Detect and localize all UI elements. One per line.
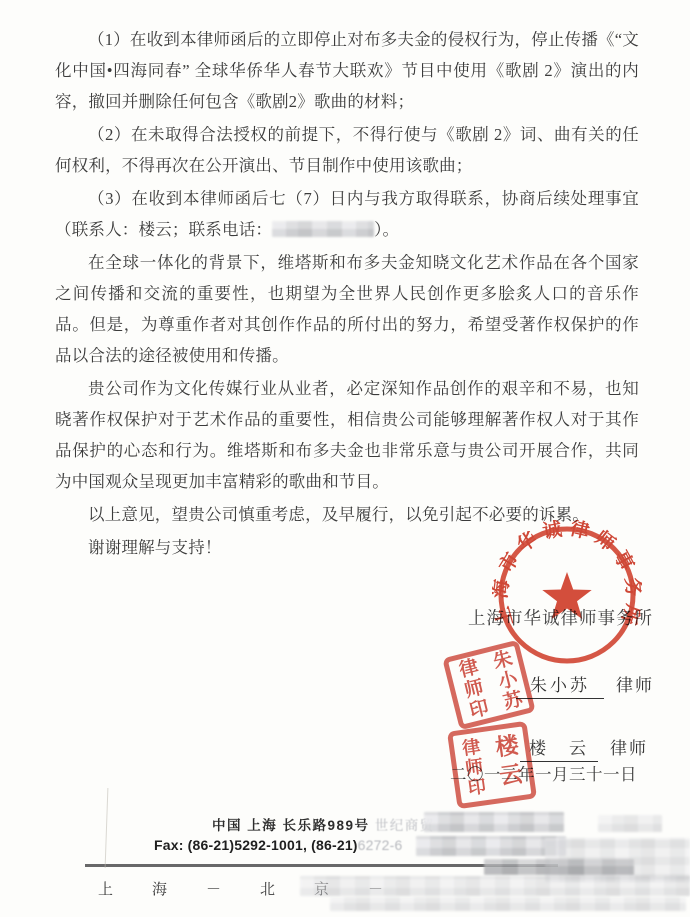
demand-item-2: （2）在未取得合法授权的前提下，不得行使与《歌剧 2》词、曲有关的任何权利，不得… [55, 119, 639, 181]
lawyer1-title: 律师 [616, 676, 654, 695]
letter-body: （1）在收到本律师函后的立即停止对布多夫金的侵权行为，停止传播《“文化中国•四海… [55, 24, 639, 565]
footer-fax-visible: Fax: (86-21)5292-1001, (86-21) [154, 837, 358, 853]
seal-zhu-name-column: 朱小苏 [485, 647, 526, 715]
cities-redaction [300, 876, 690, 896]
address-redaction [424, 812, 564, 832]
paragraph-globalization: 在全球一体化的背景下，维塔斯和布多夫金知晓文化艺术作品在各个国家之间传播和交流的… [55, 247, 639, 371]
demand-item-3-suffix: ）。 [374, 220, 399, 239]
lawyer2-name: 楼 云 [520, 734, 598, 762]
demand-item-3: （3）在收到本律师函后七（7）日内与我方取得联系，协商后续处理事宜（联系人：楼云… [55, 183, 639, 245]
lawyer-seal-lou-yun: 楼云 律师印 [447, 721, 537, 809]
footer-address-visible: 中国 上海 长乐路989号 [212, 818, 370, 833]
bottom-strip-redaction [330, 897, 686, 911]
signature-line-lawyer1: 朱小苏律师 [516, 671, 654, 699]
seal-lou-name-column: 楼云 [487, 732, 528, 794]
seal-zhu-title-column: 律师印 [451, 655, 492, 723]
scan-artifact-line [105, 788, 109, 868]
divider-redaction [484, 859, 634, 875]
phone-number-redaction [272, 221, 374, 237]
demand-item-1: （1）在收到本律师函后的立即停止对布多夫金的侵权行为，停止传播《“文化中国•四海… [55, 24, 639, 117]
seal-lou-title-column: 律师印 [456, 736, 490, 799]
signature-line-lawyer2: 楼 云律师 [520, 734, 648, 762]
footer-fax: Fax: (86-21)5292-1001, (86-21)6272-6 [154, 837, 402, 853]
red-star-icon [542, 572, 591, 619]
footer-address: 中国 上海 长乐路989号 世纪商贸 [212, 814, 435, 834]
fax-redaction [416, 836, 566, 856]
lawyer2-title: 律师 [610, 739, 648, 758]
footer-fax-faded: 6272-6 [358, 837, 403, 853]
address-redaction-right [598, 815, 662, 832]
paragraph-cooperation: 贵公司作为文化传媒行业从业者，必定深知作品创作的艰辛和不易，也知晓著作权保护对于… [55, 373, 639, 497]
document-page: （1）在收到本律师函后的立即停止对布多夫金的侵权行为，停止传播《“文化中国•四海… [0, 0, 690, 917]
